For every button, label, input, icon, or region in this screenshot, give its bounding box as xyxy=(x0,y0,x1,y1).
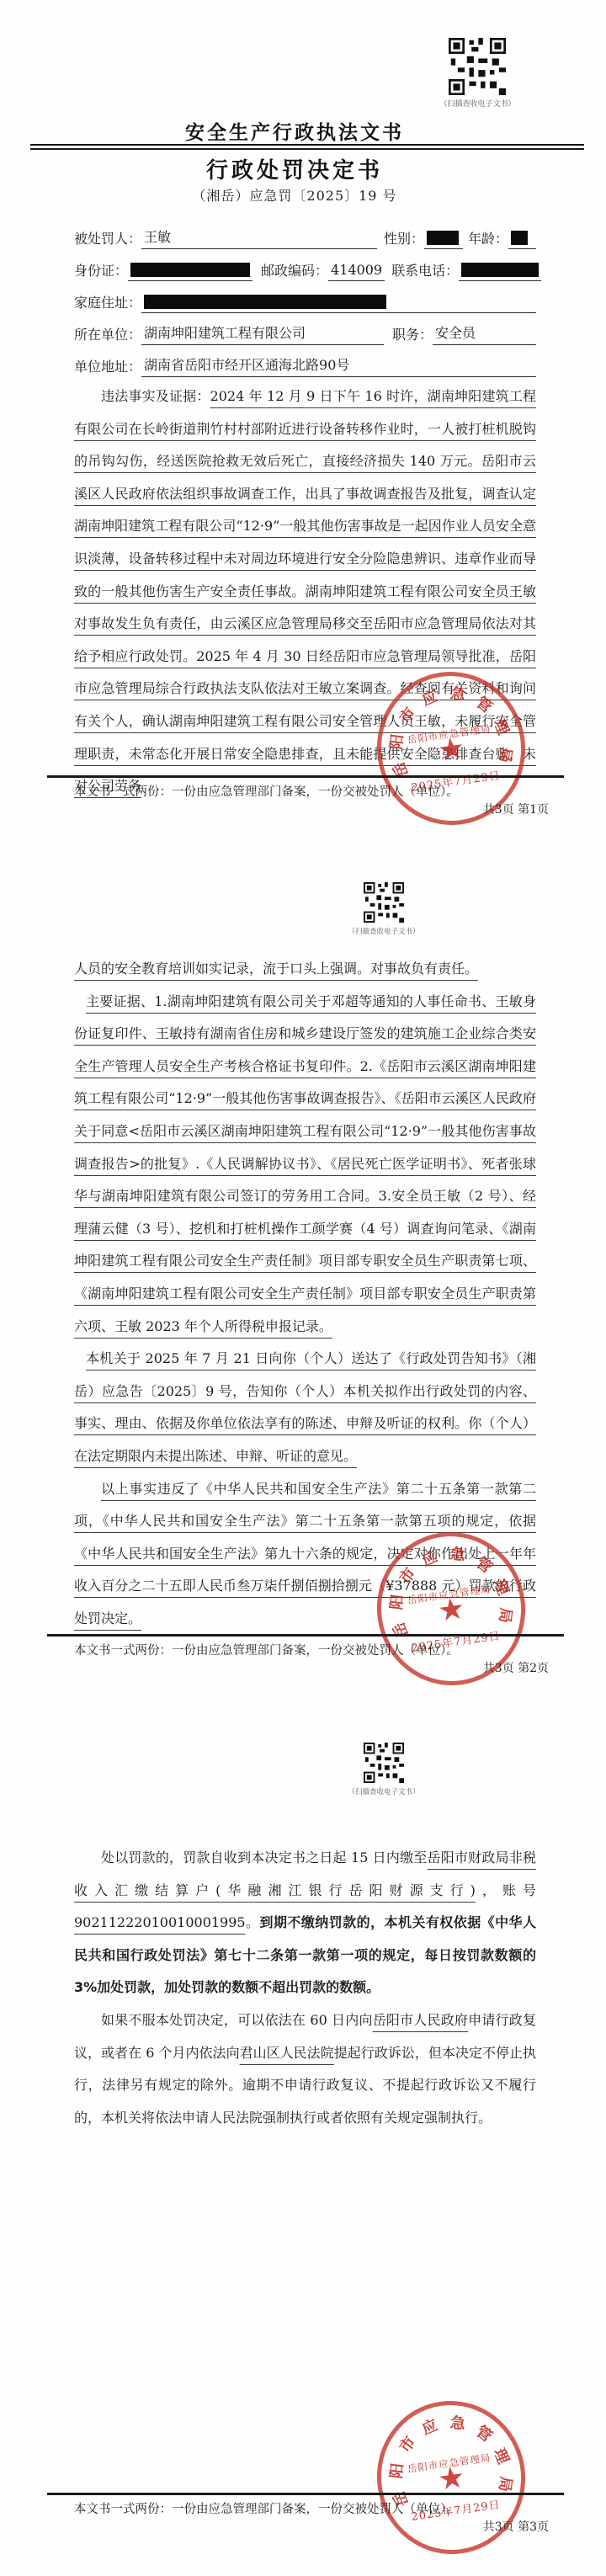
unit-label: 所在单位： xyxy=(74,324,141,345)
review-authority: 岳阳市人民政府 xyxy=(373,2012,468,2028)
seal-ring-char: 应 xyxy=(418,2414,441,2440)
page2-body: 人员的安全教育培训如实记录，流于口头上强调。对事故负有责任。 主要证据、1.湖南… xyxy=(74,953,536,1635)
notice-paragraph: 本机关于 2025 年 7 月 21 日向你（个人）送达了《行政处罚告知书》（湘… xyxy=(74,1343,536,1472)
unit-address-value: 湖南省岳阳市经开区通海北路90号 xyxy=(141,354,536,377)
footer-note: 本文书一式两份：一份由应急管理部门备案，一份交被处罚人（单位）。 xyxy=(74,782,564,800)
age-label: 年龄： xyxy=(468,228,508,249)
court-name: 君山区人民法院 xyxy=(240,2045,334,2061)
qr-code xyxy=(364,1743,404,1783)
double-rule xyxy=(30,144,584,150)
gender-label: 性别： xyxy=(384,228,424,249)
seal-ring-char: 急 xyxy=(449,2410,467,2434)
age-redaction xyxy=(511,231,528,245)
home-value xyxy=(141,294,536,313)
page-number: 共3页 第2页 xyxy=(47,1659,564,1676)
seal-ring-char: 市 xyxy=(393,2431,420,2456)
continuation-paragraph: 人员的安全教育培训如实记录，流于口头上强调。对事故负有责任。 xyxy=(74,953,536,986)
field-row-penalized: 被处罚人： 王敏 性别： 年龄： xyxy=(74,217,536,249)
seal-ring-char: 局 xyxy=(495,2476,518,2494)
postal-value: 414009 xyxy=(328,262,385,281)
qr-caption: （扫描查收电子文书） xyxy=(331,926,437,936)
page-1: （扫描查收电子文书） 安全生产行政执法文书 行政处罚决定书 （湘岳）应急罚〔20… xyxy=(0,0,606,859)
home-label: 家庭住址： xyxy=(74,292,141,313)
official-seal: 岳 阳 市 应 急 管 理 局 岳阳市应急管理局 ★ 2025年7月29日 xyxy=(367,2392,535,2564)
continuation-text: 人员的安全教育培训如实记录，流于口头上强调。对事故负有责任。 xyxy=(74,961,478,977)
gender-value xyxy=(424,230,463,249)
age-value xyxy=(508,230,536,249)
appeal-text: 如果不服本处罚决定，可以依法在 60 日内向 xyxy=(101,2012,373,2028)
page-footer: 本文书一式两份：一份由应急管理部门备案，一份交被处罚人（单位）。 共3页 第1页 xyxy=(47,775,564,817)
qr-code xyxy=(364,882,404,923)
page-title: 行政处罚决定书 xyxy=(34,153,555,184)
penalized-label: 被处罚人： xyxy=(74,228,141,249)
page-footer: 本文书一式两份：一份由应急管理部门备案，一份交被处罚人（单位）。 共3页 第3页 xyxy=(47,2493,564,2535)
facts-section: 违法事实及证据：2024 年 12 月 9 日下午 16 时许，湖南坤阳建筑工程… xyxy=(74,381,536,803)
payment-account-number: 90211222010010001995 xyxy=(74,1914,246,1930)
id-redaction xyxy=(130,263,250,277)
postal-label: 邮政编码： xyxy=(261,260,328,281)
seal-ring-char: 管 xyxy=(472,2419,497,2446)
field-row-id: 身份证： 邮政编码： 414009 联系电话： xyxy=(74,249,536,281)
decision-text: 以上事实违反了《中华人民共和国安全生产法》第二十五条第一款第二项，《中华人民共和… xyxy=(74,1481,536,1626)
seal-ring-char: 理 xyxy=(489,2445,515,2467)
qr-caption: （扫描查收电子文书） xyxy=(331,1786,437,1796)
duty-label: 职务： xyxy=(392,324,433,345)
payment-text: 处以罚款的，罚款自收到本决定书之日起 15 日内缴至 xyxy=(101,1850,428,1865)
seal-agency-text: 岳阳市应急管理局 xyxy=(375,2446,524,2480)
seal-ring xyxy=(367,2392,535,2564)
form-fields: 被处罚人： 王敏 性别： 年龄： 身份证： 邮政编码： 414009 联系电话：… xyxy=(74,217,536,377)
footer-note: 本文书一式两份：一份由应急管理部门备案，一份交被处罚人（单位）。 xyxy=(74,2499,564,2517)
facts-paragraph: 违法事实及证据：2024 年 12 月 9 日下午 16 时许，湖南坤阳建筑工程… xyxy=(74,381,536,803)
page-3: （扫描查收电子文书） 处以罚款的，罚款自收到本决定书之日起 15 日内缴至岳阳市… xyxy=(0,1717,606,2576)
penalized-value: 王敏 xyxy=(141,226,377,249)
page-2: （扫描查收电子文书） 人员的安全教育培训如实记录，流于口头上强调。对事故负有责任… xyxy=(0,859,606,1717)
notice-text: 本机关于 2025 年 7 月 21 日向你（个人）送达了《行政处罚告知书》（湘… xyxy=(74,1350,536,1464)
evidence-paragraph: 主要证据、1.湖南坤阳建筑有限公司关于邓超等通知的人事任命书、王敏身份证复印件、… xyxy=(74,986,536,1344)
qr-code xyxy=(449,38,506,95)
field-row-home: 家庭住址： xyxy=(74,281,536,313)
unit-address-label: 单位地址： xyxy=(74,356,141,377)
page-number: 共3页 第3页 xyxy=(47,2518,564,2535)
home-redaction xyxy=(144,295,386,309)
facts-label: 违法事实及证据： xyxy=(101,388,210,404)
evidence-text: 主要证据、1.湖南坤阳建筑有限公司关于邓超等通知的人事任命书、王敏身份证复印件、… xyxy=(74,993,536,1334)
scanned-document: （扫描查收电子文书） 安全生产行政执法文书 行政处罚决定书 （湘岳）应急罚〔20… xyxy=(0,0,606,2576)
phone-redaction xyxy=(461,263,539,277)
document-number: （湘岳）应急罚〔2025〕19 号 xyxy=(34,185,555,205)
document-header-title: 安全生产行政执法文书 xyxy=(34,117,555,145)
duty-value: 安全员 xyxy=(433,322,536,345)
footer-note: 本文书一式两份：一份由应急管理部门备案，一份交被处罚人（单位）。 xyxy=(74,1641,564,1658)
phone-label: 联系电话： xyxy=(391,260,459,281)
facts-text: 2024 年 12 月 9 日下午 16 时许，湖南坤阳建筑工程有限公司在长岭街… xyxy=(74,388,536,794)
payment-text: ，账号 xyxy=(476,1882,536,1898)
payment-text: 。 xyxy=(246,1914,260,1930)
qr-caption: （扫描查收电子文书） xyxy=(421,98,534,109)
field-row-unit: 所在单位： 湖南坤阳建筑工程有限公司 职务： 安全员 xyxy=(74,313,536,345)
page-number: 共3页 第1页 xyxy=(47,801,564,817)
field-row-unit-address: 单位地址： 湖南省岳阳市经开区通海北路90号 xyxy=(74,345,536,377)
id-value xyxy=(128,262,252,281)
phone-value xyxy=(459,262,541,281)
gender-redaction xyxy=(427,231,459,245)
seal-ring-char: 阳 xyxy=(384,2462,407,2479)
appeal-paragraph: 如果不服本处罚决定，可以依法在 60 日内向岳阳市人民政府申请行政复议，或者在 … xyxy=(74,2004,536,2134)
decision-paragraph: 以上事实违反了《中华人民共和国安全生产法》第二十五条第一款第二项，《中华人民共和… xyxy=(74,1473,536,1636)
unit-value: 湖南坤阳建筑工程有限公司 xyxy=(141,322,384,345)
page-footer: 本文书一式两份：一份由应急管理部门备案，一份交被处罚人（单位）。 共3页 第2页 xyxy=(47,1634,564,1676)
id-label: 身份证： xyxy=(74,260,128,281)
page3-body: 处以罚款的，罚款自收到本决定书之日起 15 日内缴至岳阳市财政局非税收入汇缴结算… xyxy=(74,1842,536,2134)
payment-paragraph: 处以罚款的，罚款自收到本决定书之日起 15 日内缴至岳阳市财政局非税收入汇缴结算… xyxy=(74,1842,536,2004)
